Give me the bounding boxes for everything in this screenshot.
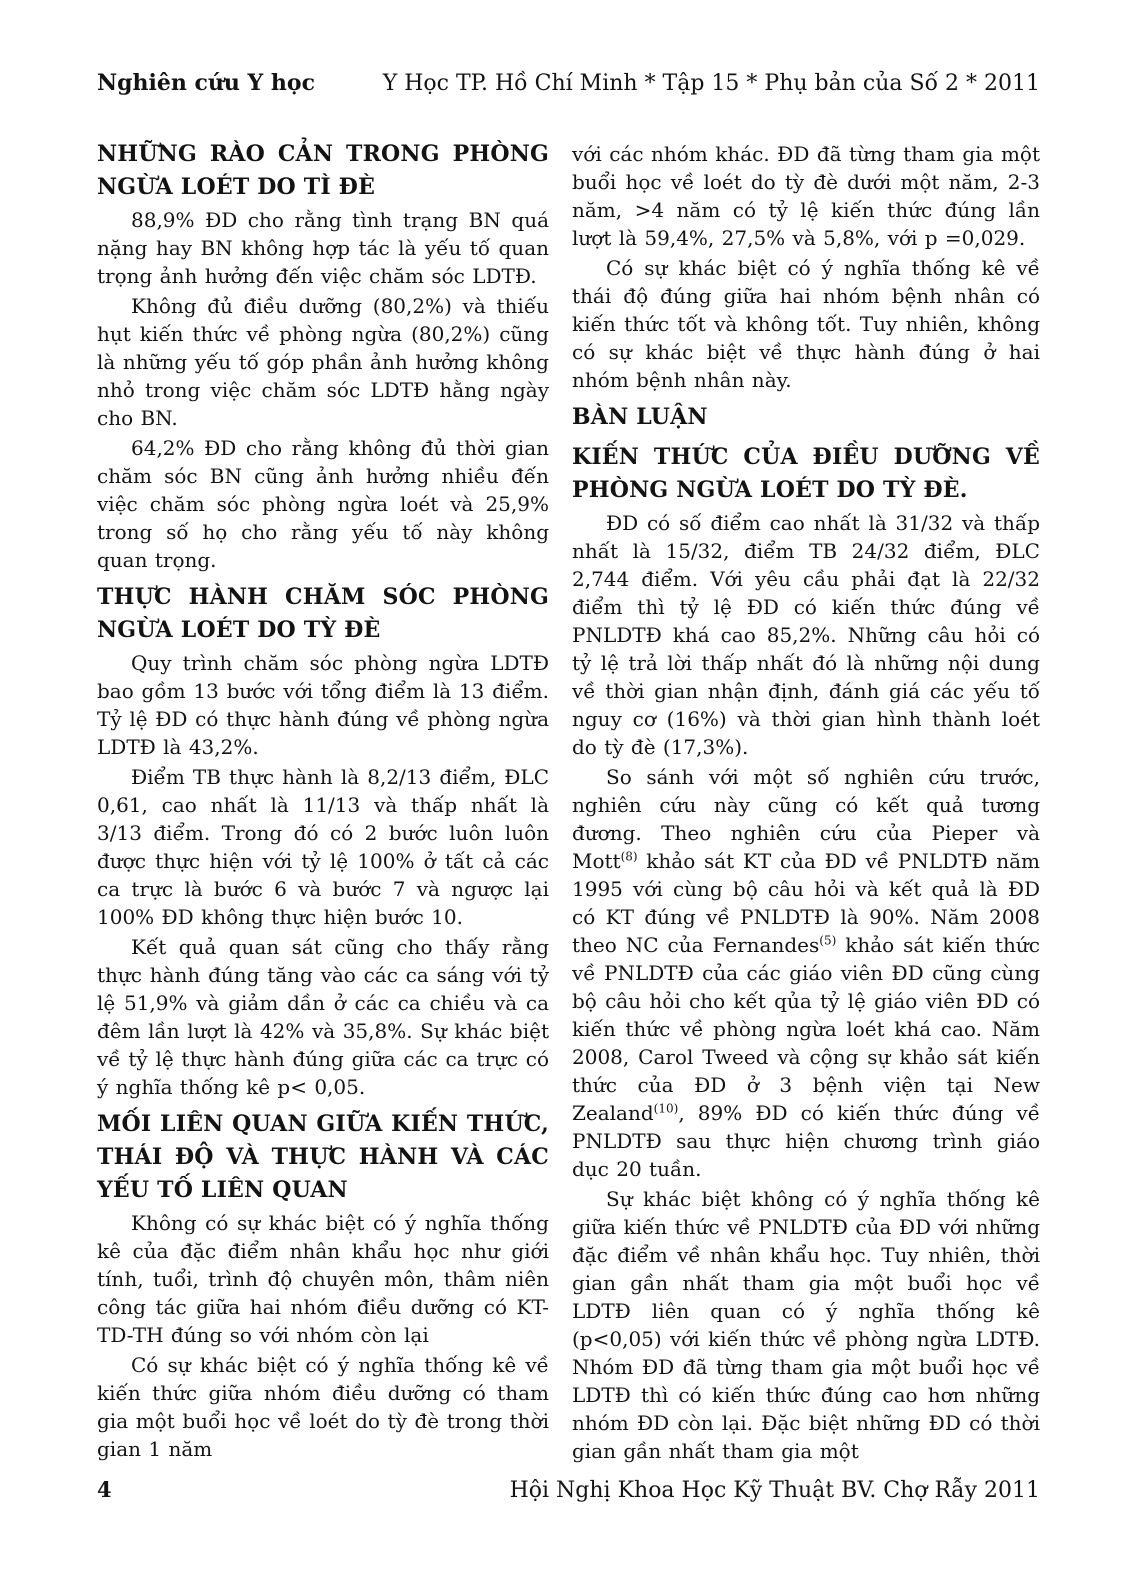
paragraph: Không có sự khác biệt có ý nghĩa thống k… [97, 1209, 549, 1349]
reference-superscript: (10) [654, 1101, 679, 1115]
paragraph: Có sự khác biệt có ý nghĩa thống kê về k… [97, 1351, 549, 1463]
paragraph-with-references: So sánh với một số nghiên cứu trước, ngh… [572, 763, 1040, 1183]
paragraph: Không đủ điều dưỡng (80,2%) và thiếu hụt… [97, 292, 549, 432]
section-heading-discussion: BÀN LUẬN [572, 401, 1040, 434]
section-heading-barriers: NHỮNG RÀO CẢN TRONG PHÒNG NGỪA LOÉT DO T… [97, 138, 549, 204]
paragraph: ĐD có số điểm cao nhất là 31/32 và thấp … [572, 509, 1040, 761]
section-heading-relations: MỐI LIÊN QUAN GIỮA KIẾN THỨC, THÁI ĐỘ VÀ… [97, 1108, 549, 1207]
journal-section-label: Nghiên cứu Y học [97, 70, 315, 96]
paragraph: Kết quả quan sát cũng cho thấy rằng thực… [97, 933, 549, 1101]
paragraph: 88,9% ĐD cho rằng tình trạng BN quá nặng… [97, 206, 549, 290]
right-column: với các nhóm khác. ĐD đã từng tham gia m… [572, 138, 1040, 1467]
article-body: NHỮNG RÀO CẢN TRONG PHÒNG NGỪA LOÉT DO T… [97, 138, 1040, 1467]
left-column: NHỮNG RÀO CẢN TRONG PHÒNG NGỪA LOÉT DO T… [97, 138, 549, 1467]
paragraph: 64,2% ĐD cho rằng không đủ thời gian chă… [97, 434, 549, 574]
running-footer: 4 Hội Nghị Khoa Học Kỹ Thuật BV. Chợ Rẫy… [97, 1477, 1040, 1503]
reference-superscript: (8) [621, 849, 638, 863]
running-header: Nghiên cứu Y học Y Học TP. Hồ Chí Minh *… [97, 70, 1040, 96]
section-heading-practice: THỰC HÀNH CHĂM SÓC PHÒNG NGỪA LOÉT DO TỲ… [97, 581, 549, 647]
journal-title: Y Học TP. Hồ Chí Minh * Tập 15 * Phụ bản… [383, 71, 1040, 96]
paragraph-continuation: với các nhóm khác. ĐD đã từng tham gia m… [572, 140, 1040, 252]
paragraph: Quy trình chăm sóc phòng ngừa LDTĐ bao g… [97, 649, 549, 761]
paragraph: Có sự khác biệt có ý nghĩa thống kê về t… [572, 254, 1040, 394]
paragraph: Sự khác biệt không có ý nghĩa thống kê g… [572, 1185, 1040, 1465]
reference-superscript: (5) [819, 933, 836, 947]
conference-title: Hội Nghị Khoa Học Kỹ Thuật BV. Chợ Rẫy 2… [510, 1478, 1040, 1503]
page-number: 4 [97, 1477, 112, 1502]
paragraph: Điểm TB thực hành là 8,2/13 điểm, ĐLC 0,… [97, 763, 549, 931]
journal-page: Nghiên cứu Y học Y Học TP. Hồ Chí Minh *… [0, 0, 1129, 1571]
section-heading-knowledge: KIẾN THỨC CỦA ĐIỀU DƯỠNG VỀ PHÒNG NGỪA L… [572, 441, 1040, 507]
paragraph-text: khảo sát kiến thức về PNLDTĐ của các giá… [572, 933, 1040, 1125]
